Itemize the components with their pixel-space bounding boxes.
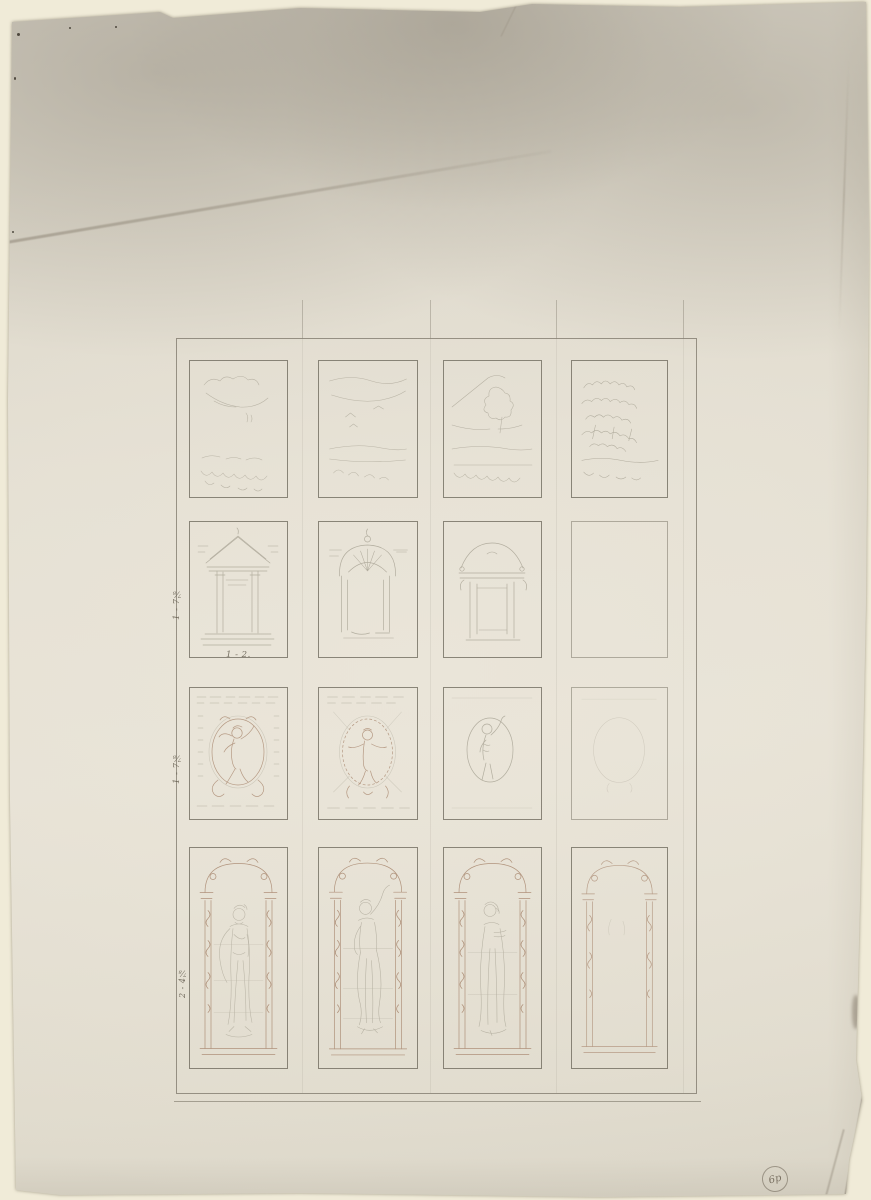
measurement-note-row3: 1 - 7⅞	[172, 722, 182, 784]
panel-r1c3	[443, 360, 542, 498]
panel-r1c4	[571, 360, 668, 498]
sketch-putto-plain-oval	[444, 688, 541, 819]
panel-r2c1	[189, 521, 288, 658]
panel-r2c2	[318, 521, 418, 658]
right-edge-crease	[838, 60, 849, 330]
column-guide-line	[683, 300, 684, 1093]
sketch-clouds-over-meadow	[190, 361, 287, 497]
diagonal-crease	[0, 150, 551, 246]
bottom-right-crease	[843, 1089, 865, 1200]
sketch-standing-draped-figure	[190, 848, 287, 1068]
ink-spot	[12, 231, 14, 233]
measurement-note-row4: 2 - 4⅞	[178, 922, 187, 998]
panel-r4c3	[443, 847, 542, 1069]
ink-spot	[115, 26, 117, 28]
panel-r3c2	[318, 687, 418, 820]
panel-r3c3	[443, 687, 542, 820]
scanned-drawing-sheet: { "scene": { "description": "Aged sheet …	[0, 0, 871, 1200]
panel-r3c1	[189, 687, 288, 820]
ink-spot	[17, 33, 20, 36]
design-base-line	[174, 1101, 701, 1102]
paper-sheet-wrap: 1 - 7⅞ 1 - 2. 1 - 7⅞ 2 - 4⅞ 6p	[0, 0, 871, 1200]
sketch-faint-empty-cartouche	[572, 688, 667, 819]
collector-mark-monogram: 6p	[767, 1172, 782, 1186]
column-guide-line	[430, 300, 431, 1093]
measurement-note-row2: 1 - 7⅞	[172, 558, 182, 620]
sketch-wooded-grove	[572, 361, 667, 497]
panel-r4c2	[318, 847, 418, 1069]
sketch-arched-niche-curved-pediment	[444, 522, 541, 657]
panel-r3c4	[571, 687, 668, 820]
collector-mark: 6p	[759, 1163, 791, 1195]
ink-spot	[69, 27, 71, 29]
column-guide-line	[556, 300, 557, 1093]
panel-r2c4-blank	[571, 521, 668, 658]
right-edge-notch	[852, 995, 860, 1029]
sketch-putto-beaded-oval	[319, 688, 417, 819]
measurement-note-row2-width: 1 - 2.	[226, 650, 251, 660]
sketch-figure-with-raised-arm	[319, 848, 417, 1068]
paper-sheet: 1 - 7⅞ 1 - 2. 1 - 7⅞ 2 - 4⅞ 6p	[0, 0, 871, 1200]
sketch-putto-strapwork-cartouche	[190, 688, 287, 819]
panel-r1c1	[189, 360, 288, 498]
sketch-hillside-with-tree	[444, 361, 541, 497]
panel-r4c1	[189, 847, 288, 1069]
sketch-empty-ornamental-border	[572, 848, 667, 1068]
top-fold-mark	[501, 0, 551, 52]
panel-r1c2	[318, 360, 418, 498]
panel-r4c4	[571, 847, 668, 1069]
sketch-draped-figure-in-profile	[444, 848, 541, 1068]
bottom-right-crease-small	[823, 1129, 844, 1200]
column-guide-line	[302, 300, 303, 1093]
sketch-open-sky-with-birds	[319, 361, 417, 497]
sketch-arched-niche-with-fan	[319, 522, 417, 657]
ink-spot	[14, 77, 16, 80]
sketch-aedicule-triangular-pediment	[190, 522, 287, 657]
panel-r2c3	[443, 521, 542, 658]
